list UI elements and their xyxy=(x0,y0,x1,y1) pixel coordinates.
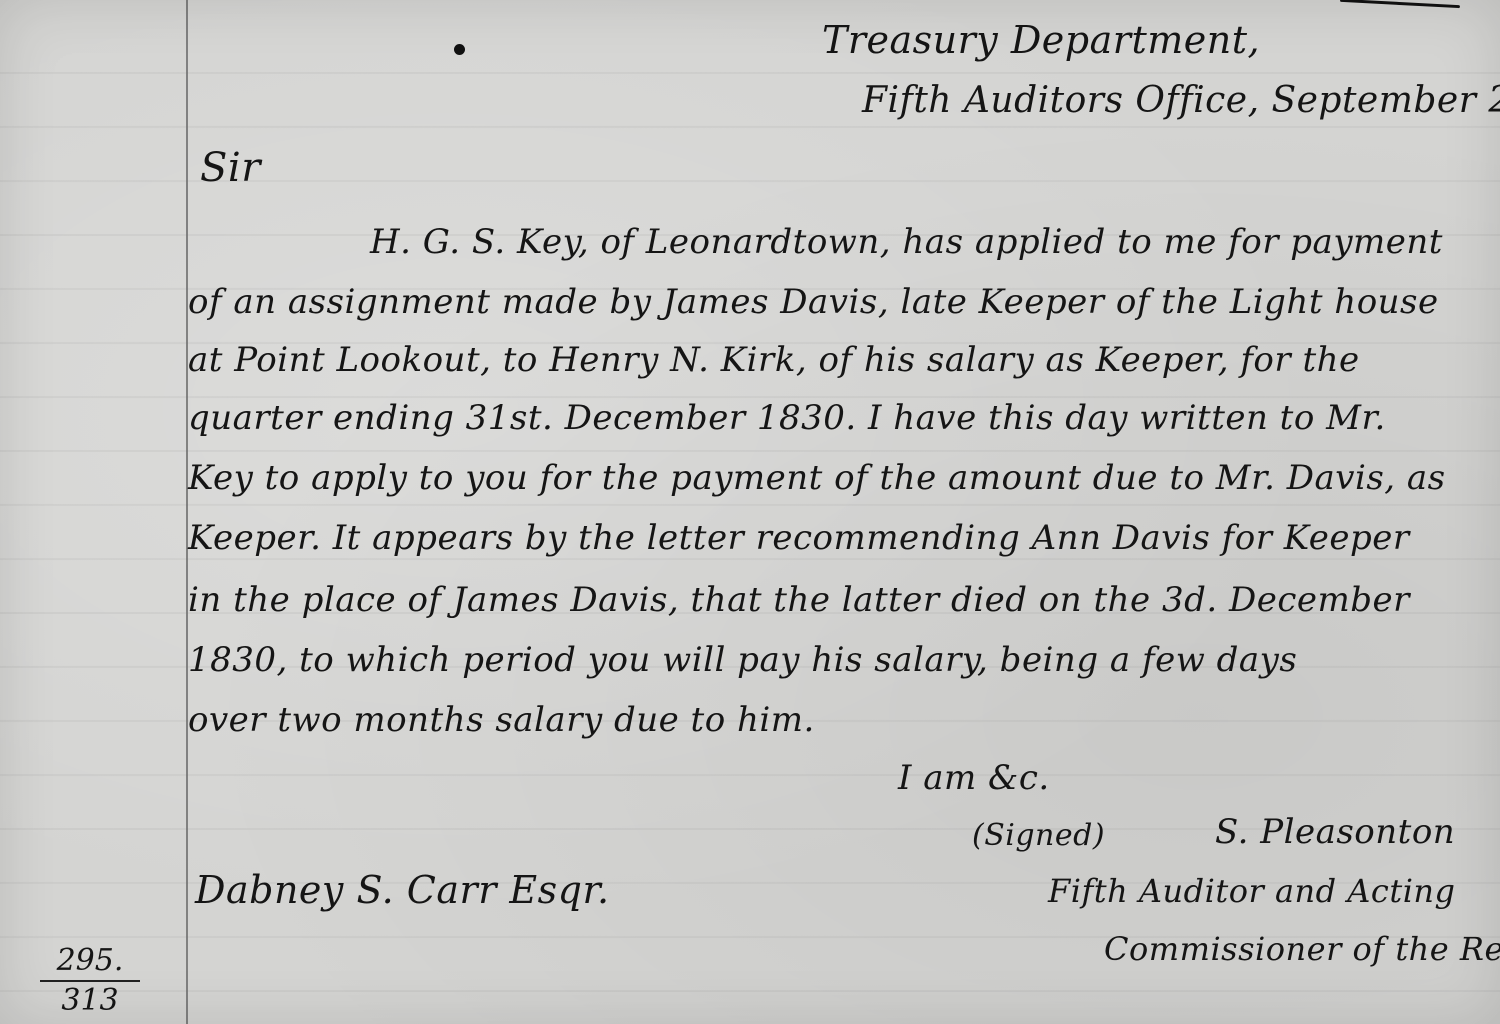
body-line: Keeper. It appears by the letter recomme… xyxy=(188,518,1410,558)
body-line: 1830, to which period you will pay his s… xyxy=(188,640,1297,680)
heading-department: Treasury Department, xyxy=(822,18,1260,62)
body-line: H. G. S. Key, of Leonardtown, has applie… xyxy=(370,222,1443,262)
salutation: Sir xyxy=(200,145,261,191)
signed-label: (Signed) xyxy=(972,818,1105,853)
signer-title-line1: Fifth Auditor and Acting xyxy=(1048,872,1456,910)
body-line: quarter ending 31st. December 1830. I ha… xyxy=(188,398,1386,438)
closing: I am &c. xyxy=(898,758,1050,798)
body-line: over two months salary due to him. xyxy=(188,700,815,740)
body-line: in the place of James Davis, that the la… xyxy=(188,580,1410,620)
signer-title-line2: Commissioner of the Revenue xyxy=(1104,930,1500,968)
folio-number: 295. 313 xyxy=(40,944,140,1018)
addressee: Dabney S. Carr Esqr. xyxy=(195,868,610,912)
margin-line xyxy=(186,0,188,1024)
letter-page: Treasury Department, Fifth Auditors Offi… xyxy=(0,0,1500,1024)
body-line: at Point Lookout, to Henry N. Kirk, of h… xyxy=(188,340,1360,380)
folio-bottom: 313 xyxy=(40,982,140,1018)
body-line: of an assignment made by James Davis, la… xyxy=(188,282,1439,322)
signature: S. Pleasonton xyxy=(1215,812,1455,852)
body-line: Key to apply to you for the payment of t… xyxy=(188,458,1446,498)
heading-office-date: Fifth Auditors Office, September 26, 183… xyxy=(862,80,1500,121)
folio-top: 295. xyxy=(40,944,140,982)
ink-blot xyxy=(454,44,465,55)
